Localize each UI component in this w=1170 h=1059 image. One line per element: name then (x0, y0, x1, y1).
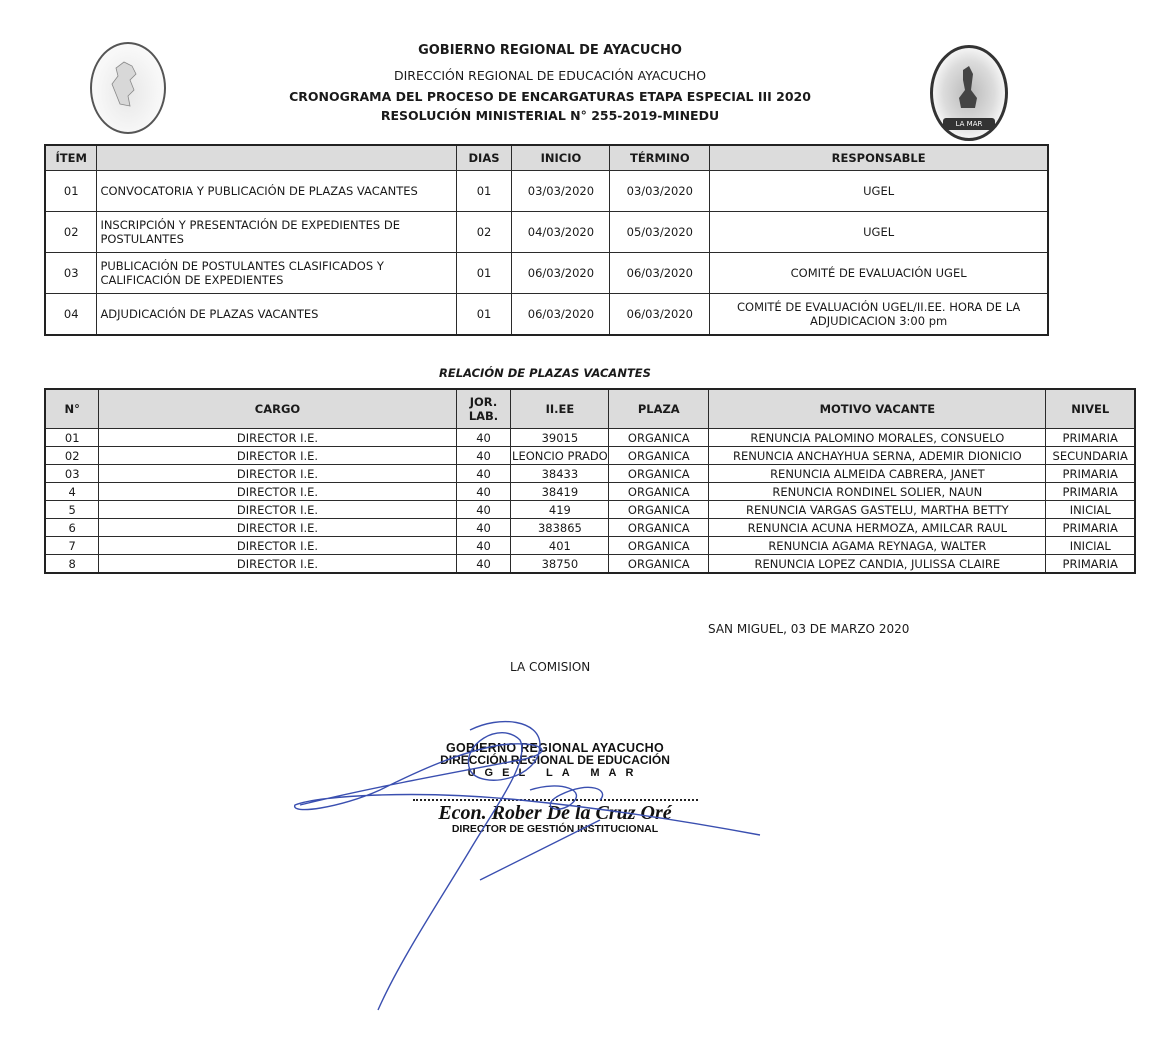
signer-name: Econ. Rober De la Cruz Oré (405, 803, 705, 823)
vacancies-table: N° CARGO JOR. LAB. II.EE PLAZA MOTIVO VA… (44, 388, 1136, 574)
col-motivo: MOTIVO VACANTE (709, 389, 1046, 429)
vacancy-level: INICIAL (1046, 537, 1135, 555)
stamp-line-2: DIRECCIÓN REGIONAL DE EDUCACIÓN (405, 754, 705, 766)
place-date: SAN MIGUEL, 03 DE MARZO 2020 (708, 622, 909, 636)
vacancy-hours: 40 (456, 555, 511, 574)
col-activity (97, 145, 456, 171)
responsible: UGEL (710, 171, 1048, 212)
item-number: 02 (45, 212, 97, 253)
start-date: 03/03/2020 (512, 171, 610, 212)
vacancy-level: PRIMARIA (1046, 465, 1135, 483)
vacancy-number: 01 (45, 429, 99, 447)
end-date: 06/03/2020 (610, 294, 710, 336)
end-date: 05/03/2020 (610, 212, 710, 253)
activity: CONVOCATORIA Y PUBLICACIÓN DE PLAZAS VAC… (97, 171, 456, 212)
end-date: 03/03/2020 (610, 171, 710, 212)
item-number: 03 (45, 253, 97, 294)
item-number: 04 (45, 294, 97, 336)
responsible: UGEL (710, 212, 1048, 253)
header-direction: DIRECCIÓN REGIONAL DE EDUCACIÓN AYACUCHO (0, 68, 1100, 83)
vacancy-hours: 40 (456, 483, 511, 501)
vacancy-hours: 40 (456, 519, 511, 537)
col-plaza: PLAZA (609, 389, 709, 429)
vacancy-level: SECUNDARIA (1046, 447, 1135, 465)
responsible: COMITÉ DE EVALUACIÓN UGEL (710, 253, 1048, 294)
vacancy-reason: RENUNCIA ACUNA HERMOZA, AMILCAR RAUL (709, 519, 1046, 537)
document-title: CRONOGRAMA DEL PROCESO DE ENCARGATURAS E… (0, 89, 1100, 104)
vacancy-row: 6 DIRECTOR I.E. 40 383865 ORGANICA RENUN… (45, 519, 1135, 537)
vacancy-cargo: DIRECTOR I.E. (99, 519, 456, 537)
vacancy-school: 419 (511, 501, 609, 519)
responsible: COMITÉ DE EVALUACIÓN UGEL/II.EE. HORA DE… (710, 294, 1048, 336)
vacancy-cargo: DIRECTOR I.E. (99, 555, 456, 574)
vacancies-header-row: N° CARGO JOR. LAB. II.EE PLAZA MOTIVO VA… (45, 389, 1135, 429)
vacancy-row: 4 DIRECTOR I.E. 40 38419 ORGANICA RENUNC… (45, 483, 1135, 501)
col-jornada: JOR. LAB. (456, 389, 511, 429)
schedule-row: 02 INSCRIPCIÓN Y PRESENTACIÓN DE EXPEDIE… (45, 212, 1048, 253)
resolution-reference: RESOLUCIÓN MINISTERIAL N° 255-2019-MINED… (0, 108, 1100, 123)
signer-title: DIRECTOR DE GESTIÓN INSTITUCIONAL (405, 823, 705, 835)
vacancy-level: INICIAL (1046, 501, 1135, 519)
col-inicio: INICIO (512, 145, 610, 171)
start-date: 06/03/2020 (512, 294, 610, 336)
vacancy-hours: 40 (456, 447, 511, 465)
vacancy-number: 5 (45, 501, 99, 519)
vacancy-cargo: DIRECTOR I.E. (99, 465, 456, 483)
activity: PUBLICACIÓN DE POSTULANTES CLASIFICADOS … (97, 253, 456, 294)
col-dias: DIAS (456, 145, 512, 171)
item-number: 01 (45, 171, 97, 212)
vacancy-reason: RENUNCIA PALOMINO MORALES, CONSUELO (709, 429, 1046, 447)
vacancy-number: 03 (45, 465, 99, 483)
schedule-row: 01 CONVOCATORIA Y PUBLICACIÓN DE PLAZAS … (45, 171, 1048, 212)
col-nivel: NIVEL (1046, 389, 1135, 429)
vacancy-hours: 40 (456, 537, 511, 555)
days: 02 (456, 212, 512, 253)
vacancy-plaza: ORGANICA (609, 501, 709, 519)
days: 01 (456, 171, 512, 212)
vacancy-number: 7 (45, 537, 99, 555)
vacancy-row: 7 DIRECTOR I.E. 40 401 ORGANICA RENUNCIA… (45, 537, 1135, 555)
vacancy-cargo: DIRECTOR I.E. (99, 429, 456, 447)
vacancy-school: LEONCIO PRADO (511, 447, 609, 465)
vacancy-reason: RENUNCIA ANCHAYHUA SERNA, ADEMIR DIONICI… (709, 447, 1046, 465)
signature-line (413, 799, 698, 801)
vacancy-level: PRIMARIA (1046, 519, 1135, 537)
vacancy-school: 38433 (511, 465, 609, 483)
vacancy-row: 5 DIRECTOR I.E. 40 419 ORGANICA RENUNCIA… (45, 501, 1135, 519)
vacancy-level: PRIMARIA (1046, 429, 1135, 447)
schedule-row: 04 ADJUDICACIÓN DE PLAZAS VACANTES 01 06… (45, 294, 1048, 336)
vacancy-plaza: ORGANICA (609, 555, 709, 574)
vacancy-row: 01 DIRECTOR I.E. 40 39015 ORGANICA RENUN… (45, 429, 1135, 447)
stamp-line-3: UGEL LA MAR (405, 767, 705, 779)
vacancy-number: 8 (45, 555, 99, 574)
schedule-table: ÍTEM DIAS INICIO TÉRMINO RESPONSABLE 01 … (44, 144, 1049, 336)
days: 01 (456, 294, 512, 336)
start-date: 06/03/2020 (512, 253, 610, 294)
vacancy-school: 39015 (511, 429, 609, 447)
vacancy-cargo: DIRECTOR I.E. (99, 501, 456, 519)
col-n: N° (45, 389, 99, 429)
col-termino: TÉRMINO (610, 145, 710, 171)
schedule-row: 03 PUBLICACIÓN DE POSTULANTES CLASIFICAD… (45, 253, 1048, 294)
vacancy-number: 02 (45, 447, 99, 465)
activity: INSCRIPCIÓN Y PRESENTACIÓN DE EXPEDIENTE… (97, 212, 456, 253)
vacancy-plaza: ORGANICA (609, 429, 709, 447)
vacancy-hours: 40 (456, 429, 511, 447)
vacancy-reason: RENUNCIA RONDINEL SOLIER, NAUN (709, 483, 1046, 501)
vacancy-level: PRIMARIA (1046, 483, 1135, 501)
vacancy-hours: 40 (456, 465, 511, 483)
end-date: 06/03/2020 (610, 253, 710, 294)
vacancy-number: 6 (45, 519, 99, 537)
vacancy-cargo: DIRECTOR I.E. (99, 537, 456, 555)
vacancy-school: 383865 (511, 519, 609, 537)
vacancy-reason: RENUNCIA ALMEIDA CABRERA, JANET (709, 465, 1046, 483)
vacancy-row: 02 DIRECTOR I.E. 40 LEONCIO PRADO ORGANI… (45, 447, 1135, 465)
start-date: 04/03/2020 (512, 212, 610, 253)
vacancy-reason: RENUNCIA LOPEZ CANDIA, JULISSA CLAIRE (709, 555, 1046, 574)
activity: ADJUDICACIÓN DE PLAZAS VACANTES (97, 294, 456, 336)
vacancy-row: 03 DIRECTOR I.E. 40 38433 ORGANICA RENUN… (45, 465, 1135, 483)
days: 01 (456, 253, 512, 294)
vacancy-plaza: ORGANICA (609, 447, 709, 465)
committee-label: LA COMISION (510, 660, 590, 674)
vacancy-number: 4 (45, 483, 99, 501)
vacancy-plaza: ORGANICA (609, 483, 709, 501)
vacancy-school: 401 (511, 537, 609, 555)
col-cargo: CARGO (99, 389, 456, 429)
vacancy-reason: RENUNCIA AGAMA REYNAGA, WALTER (709, 537, 1046, 555)
vacancy-plaza: ORGANICA (609, 537, 709, 555)
vacancy-plaza: ORGANICA (609, 465, 709, 483)
vacancy-plaza: ORGANICA (609, 519, 709, 537)
header-government: GOBIERNO REGIONAL DE AYACUCHO (0, 43, 1100, 58)
vacancy-level: PRIMARIA (1046, 555, 1135, 574)
vacancy-cargo: DIRECTOR I.E. (99, 483, 456, 501)
col-iiee: II.EE (511, 389, 609, 429)
vacancies-caption: RELACIÓN DE PLAZAS VACANTES (400, 366, 690, 380)
vacancy-school: 38419 (511, 483, 609, 501)
official-stamp: GOBIERNO REGIONAL AYACUCHO DIRECCIÓN REG… (405, 742, 705, 835)
vacancy-row: 8 DIRECTOR I.E. 40 38750 ORGANICA RENUNC… (45, 555, 1135, 574)
col-item: ÍTEM (45, 145, 97, 171)
col-responsable: RESPONSABLE (710, 145, 1048, 171)
vacancy-school: 38750 (511, 555, 609, 574)
vacancy-reason: RENUNCIA VARGAS GASTELU, MARTHA BETTY (709, 501, 1046, 519)
vacancy-cargo: DIRECTOR I.E. (99, 447, 456, 465)
schedule-header-row: ÍTEM DIAS INICIO TÉRMINO RESPONSABLE (45, 145, 1048, 171)
vacancy-hours: 40 (456, 501, 511, 519)
